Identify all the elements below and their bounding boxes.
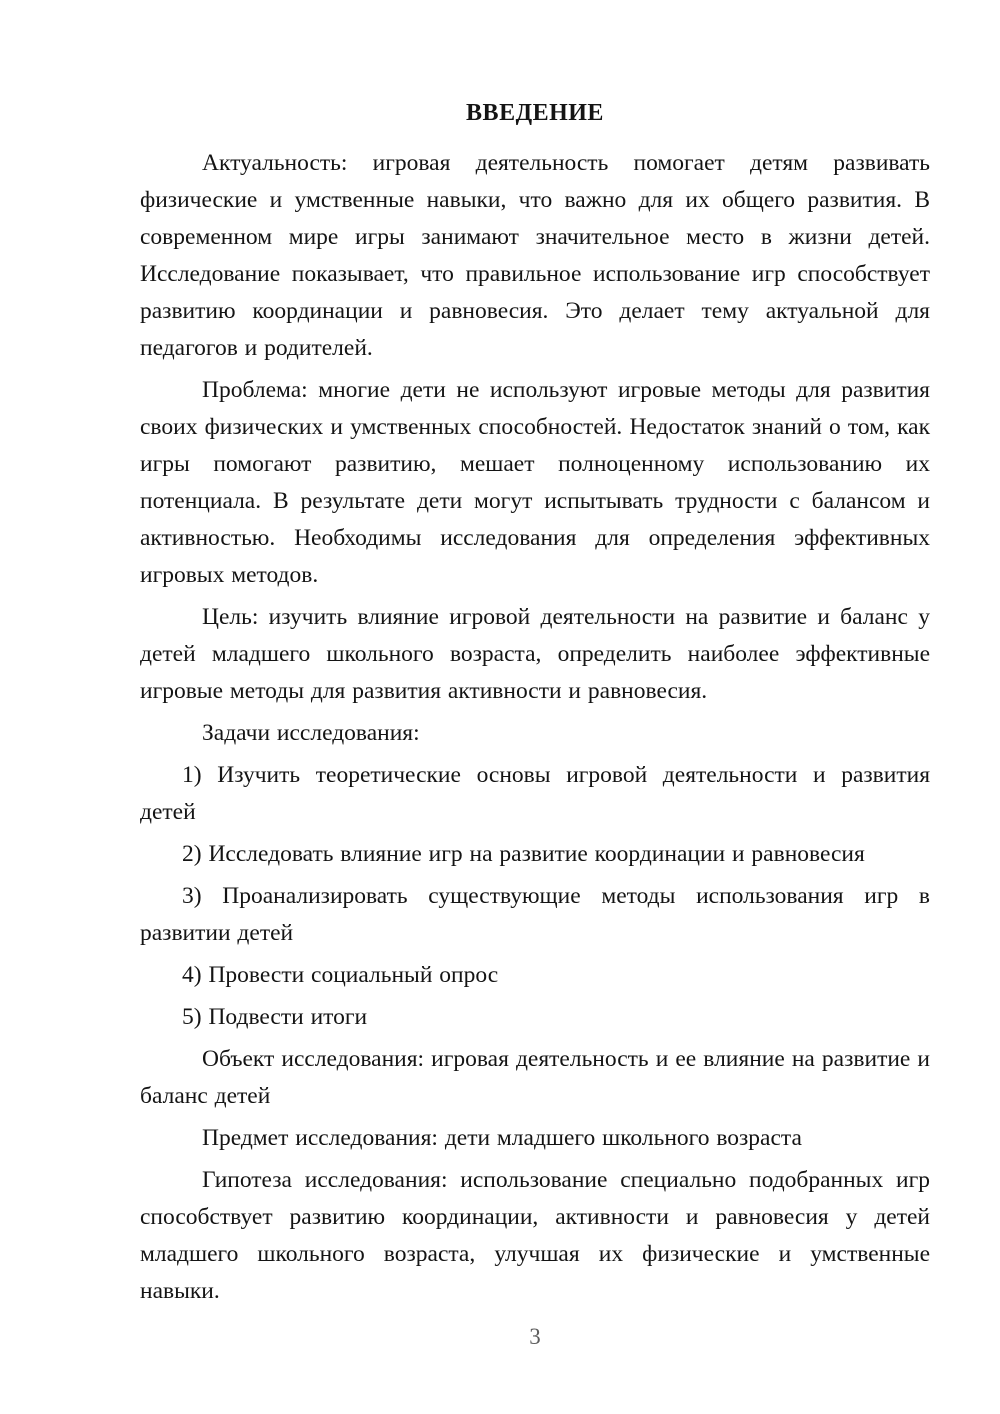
task-item-2: 2) Исследовать влияние игр на развитие к… <box>140 836 930 873</box>
paragraph-subject: Предмет исследования: дети младшего школ… <box>140 1120 930 1157</box>
paragraph-problem: Проблема: многие дети не используют игро… <box>140 372 930 594</box>
paragraph-hypothesis: Гипотеза исследования: использование спе… <box>140 1162 930 1310</box>
page-content: ВВЕДЕНИЕ Актуальность: игровая деятельно… <box>140 95 930 1315</box>
document-page: ВВЕДЕНИЕ Актуальность: игровая деятельно… <box>0 0 1000 1414</box>
task-item-1: 1) Изучить теоретические основы игровой … <box>140 757 930 831</box>
paragraph-tasks-heading: Задачи исследования: <box>140 715 930 752</box>
paragraph-goal: Цель: изучить влияние игровой деятельнос… <box>140 599 930 710</box>
task-item-5: 5) Подвести итоги <box>140 999 930 1036</box>
document-title: ВВЕДЕНИЕ <box>140 95 930 132</box>
paragraph-relevance: Актуальность: игровая деятельность помог… <box>140 145 930 367</box>
page-number: 3 <box>140 1318 930 1355</box>
paragraph-object: Объект исследования: игровая деятельност… <box>140 1041 930 1115</box>
task-item-4: 4) Провести социальный опрос <box>140 957 930 994</box>
task-item-3: 3) Проанализировать существующие методы … <box>140 878 930 952</box>
